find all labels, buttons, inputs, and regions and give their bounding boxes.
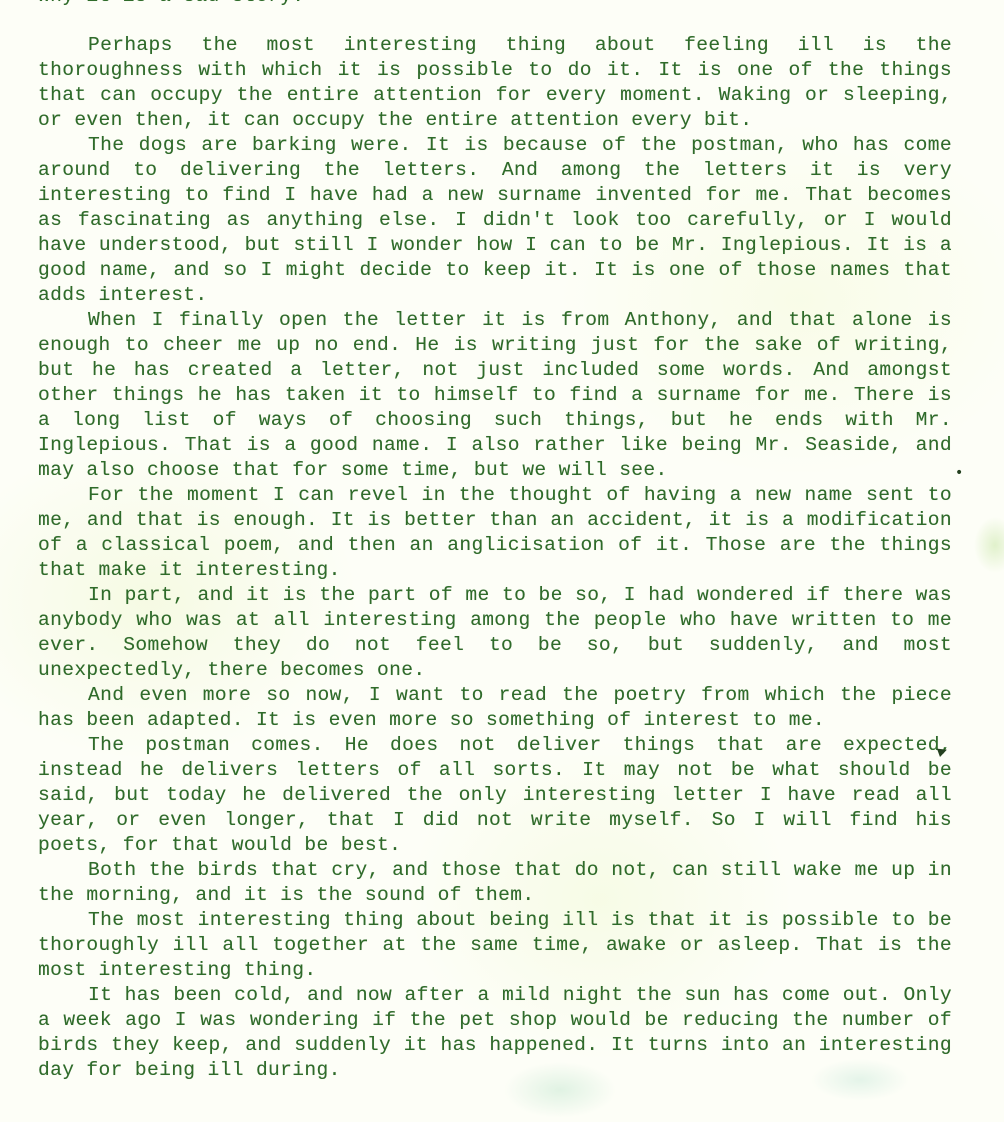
paragraph-6: And even more so now, I want to read the… [38, 683, 952, 733]
paragraph-10: It has been cold, and now after a mild n… [38, 983, 952, 1083]
paragraph-9: The most interesting thing about being i… [38, 908, 952, 983]
paragraph-4: For the moment I can revel in the though… [38, 483, 952, 583]
paragraph-7: The postman comes. He does not deliver t… [38, 733, 952, 858]
paragraph-5: In part, and it is the part of me to be … [38, 583, 952, 683]
typewritten-page: why it is a sad story. Perhaps the most … [38, 0, 952, 1083]
paragraph-1: Perhaps the most interesting thing about… [38, 33, 952, 133]
paragraph-continuation: why it is a sad story. [38, 0, 952, 9]
ink-speck: • [955, 466, 963, 480]
paragraph-3: When I finally open the letter it is fro… [38, 308, 952, 483]
paragraph-8: Both the birds that cry, and those that … [38, 858, 952, 908]
paragraph-2: The dogs are barking were. It is because… [38, 133, 952, 308]
